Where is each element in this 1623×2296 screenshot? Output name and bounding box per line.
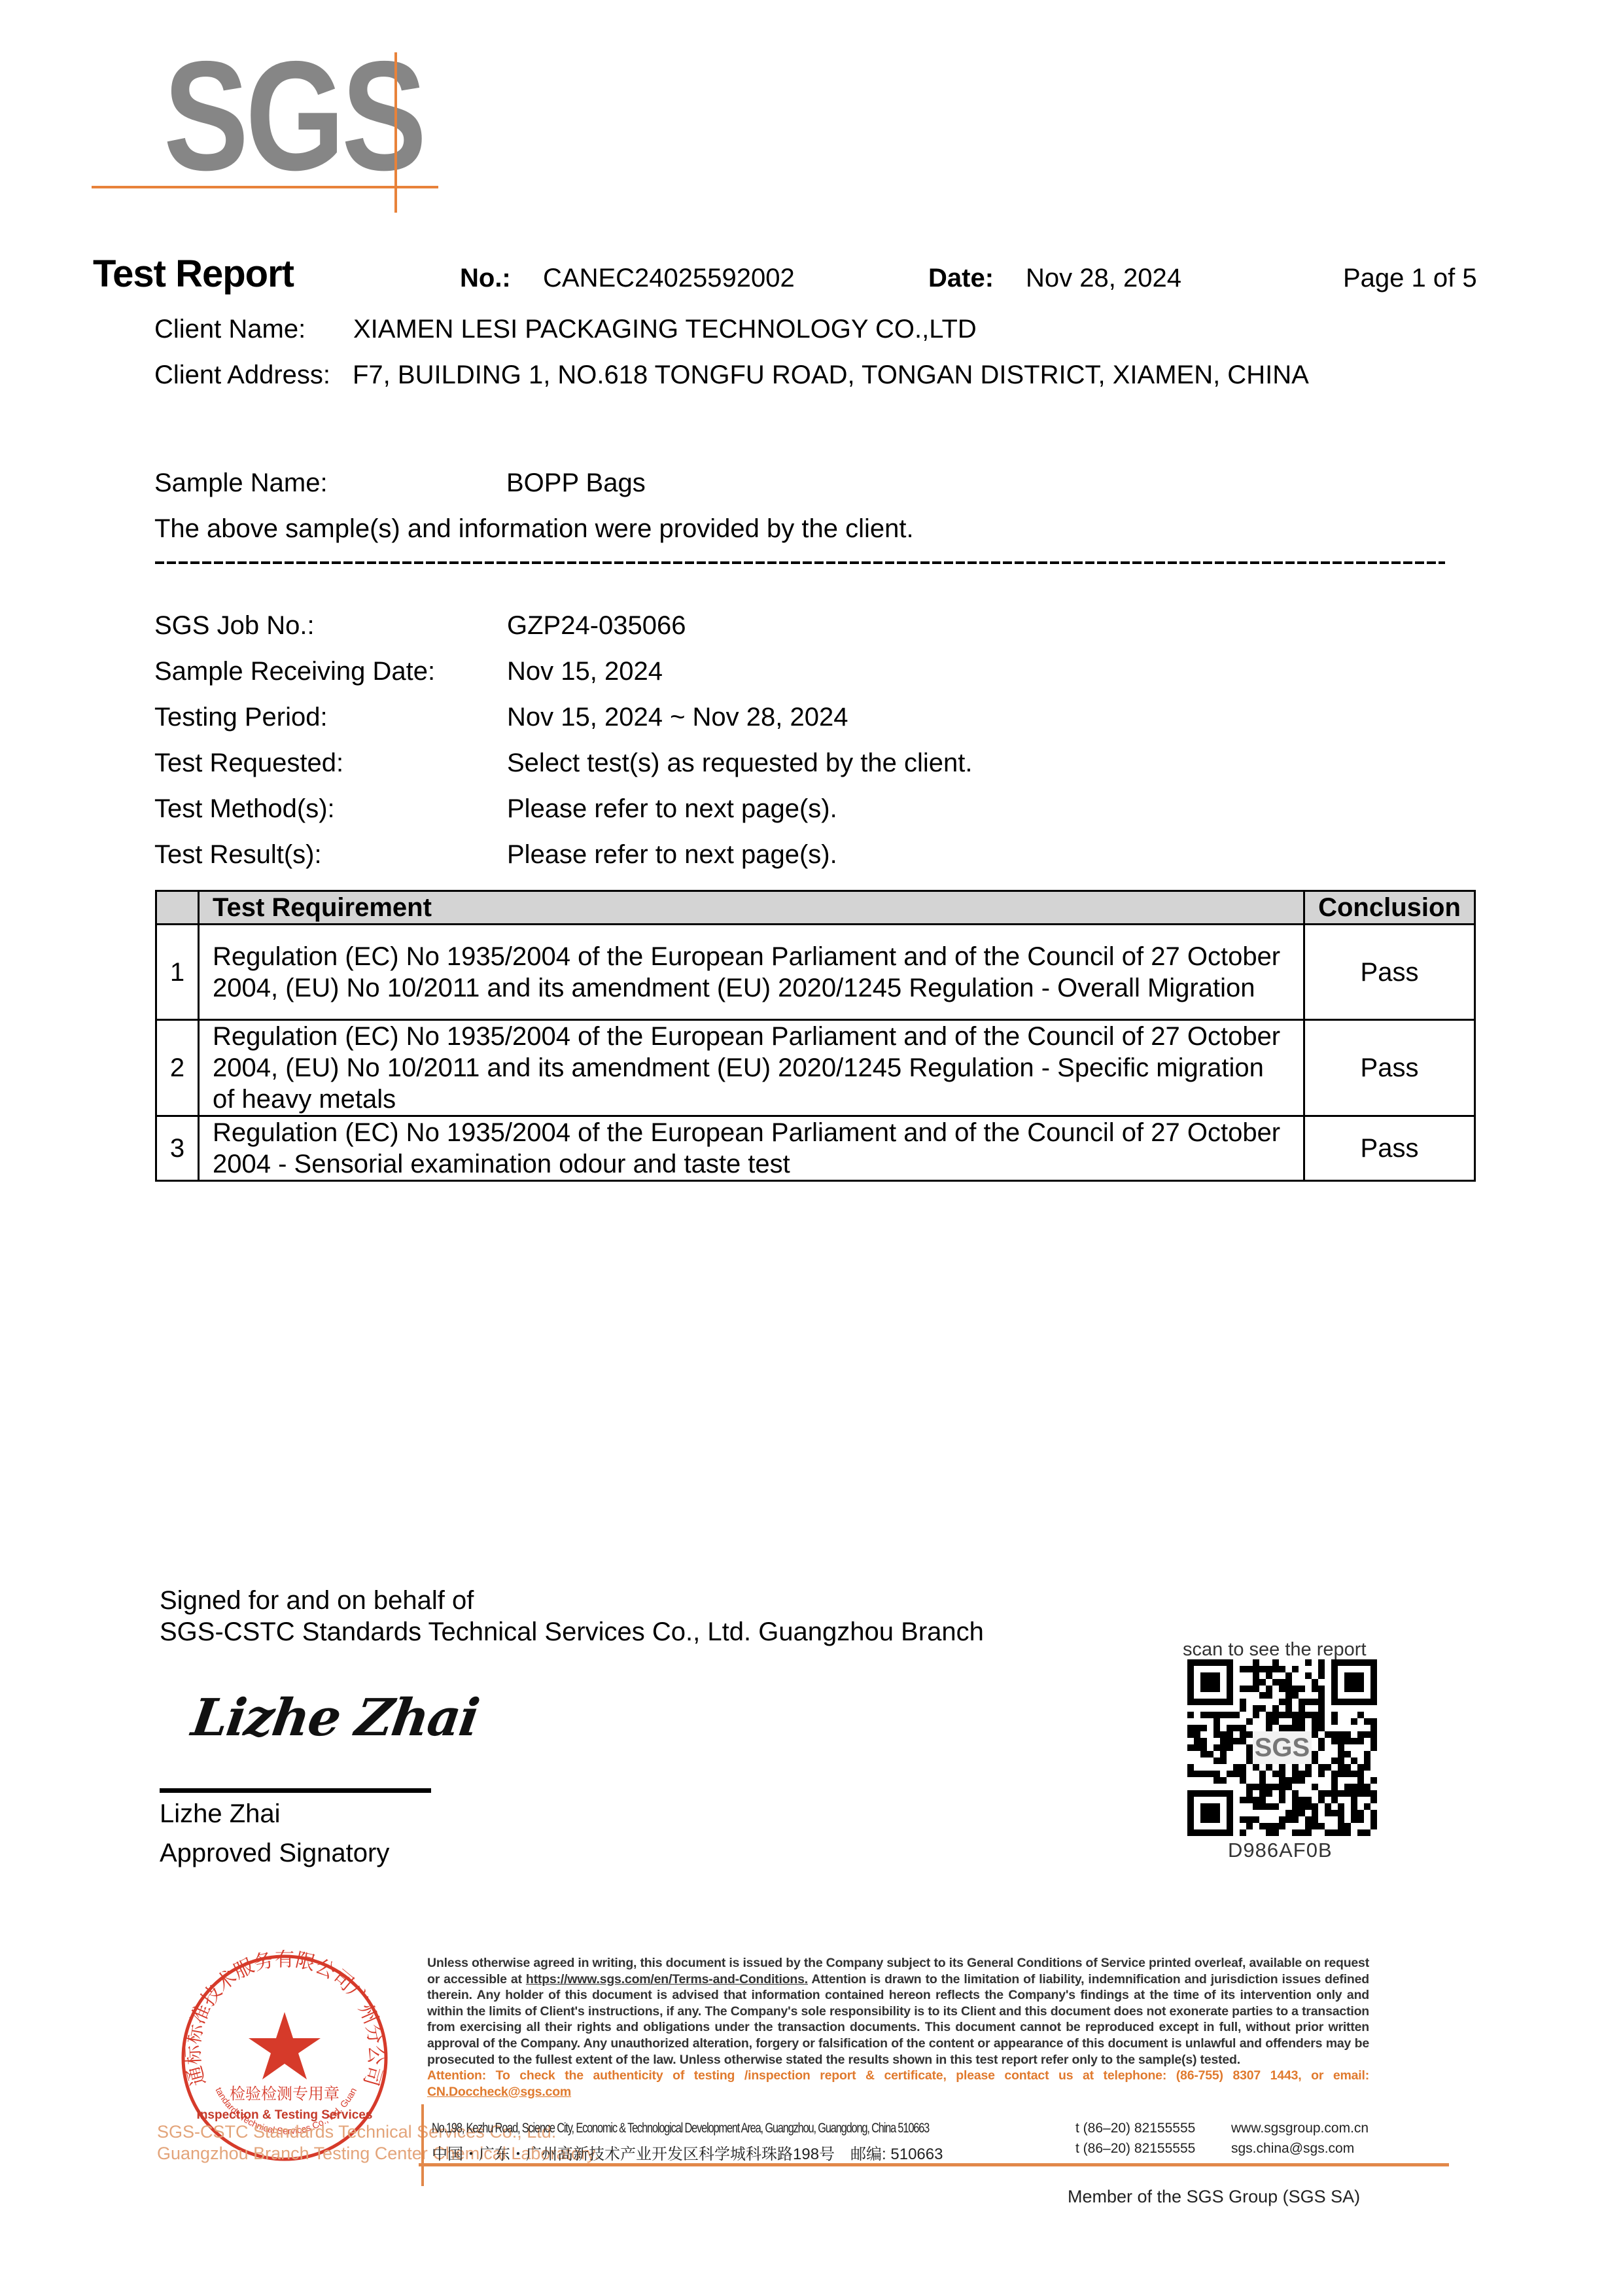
client-address-value: F7, BUILDING 1, NO.618 TONGFU ROAD, TONG…	[353, 361, 1309, 390]
signatory-title: Approved Signatory	[160, 1839, 389, 1868]
doccheck-email-link[interactable]: CN.Doccheck@sgs.com	[427, 2085, 571, 2099]
row-requirement: Regulation (EC) No 1935/2004 of the Euro…	[199, 1116, 1304, 1181]
website-link[interactable]: www.sgsgroup.com.cn	[1231, 2121, 1369, 2136]
row-conclusion: Pass	[1304, 1116, 1475, 1181]
job-info-value: Nov 15, 2024 ~ Nov 28, 2024	[507, 703, 848, 732]
address-cn: 中国・广东・广州高新技术产业开发区科学城科珠路198号 邮编: 510663	[432, 2141, 943, 2164]
footer-horizontal-rule	[419, 2163, 1449, 2166]
signoff-line2: SGS-CSTC Standards Technical Services Co…	[160, 1617, 984, 1647]
report-no-label: No.:	[460, 264, 511, 293]
job-info-value: Please refer to next page(s).	[507, 840, 837, 870]
job-info-value: GZP24-035066	[507, 611, 686, 641]
phone-1: t (86–20) 82155555	[1075, 2121, 1195, 2136]
results-table-header: Test Requirement Conclusion	[156, 891, 1475, 925]
job-info-label: SGS Job No.:	[154, 611, 315, 641]
terms-link[interactable]: https://www.sgs.com/en/Terms-and-Conditi…	[526, 1972, 808, 1987]
report-title: Test Report	[93, 252, 294, 296]
job-info-label: Test Result(s):	[154, 840, 322, 870]
client-address-label: Client Address:	[154, 361, 330, 390]
job-info-label: Testing Period:	[154, 703, 328, 732]
authenticity-notice: Attention: To check the authenticity of …	[427, 2068, 1369, 2100]
col-header-requirement: Test Requirement	[199, 891, 1304, 925]
qr-code-icon[interactable]: SGS	[1187, 1659, 1377, 1836]
qr-code-id: D986AF0B	[1228, 1839, 1333, 1862]
qr-caption: scan to see the report	[1183, 1639, 1367, 1661]
col-header-conclusion: Conclusion	[1304, 891, 1475, 925]
client-name-label: Client Name:	[154, 315, 305, 344]
svg-text:检验检测专用章: 检验检测专用章	[230, 2085, 340, 2103]
legal-disclaimer: Unless otherwise agreed in writing, this…	[427, 1955, 1369, 2100]
job-info-label: Sample Receiving Date:	[154, 657, 435, 686]
job-info-value: Nov 15, 2024	[507, 657, 663, 686]
address-en: No.198, Kezhu Road, Science City, Econom…	[432, 2121, 929, 2136]
client-name-value: XIAMEN LESI PACKAGING TECHNOLOGY CO.,LTD	[353, 315, 977, 344]
sample-note: The above sample(s) and information were…	[154, 514, 914, 544]
job-info-label: Test Method(s):	[154, 794, 335, 824]
table-row: 3 Regulation (EC) No 1935/2004 of the Eu…	[156, 1116, 1475, 1181]
signatory-name: Lizhe Zhai	[160, 1799, 281, 1829]
report-date-label: Date:	[928, 264, 994, 293]
table-row: 2 Regulation (EC) No 1935/2004 of the Eu…	[156, 1020, 1475, 1116]
job-info-value: Please refer to next page(s).	[507, 794, 837, 824]
handwritten-signature: Lizhe Zhai	[188, 1688, 482, 1748]
logo-horizontal-rule	[92, 186, 438, 188]
authenticity-text: Attention: To check the authenticity of …	[427, 2068, 1369, 2083]
report-date-value: Nov 28, 2024	[1026, 264, 1181, 293]
col-header-num	[156, 891, 199, 925]
results-table: Test Requirement Conclusion 1 Regulation…	[155, 890, 1476, 1182]
row-conclusion: Pass	[1304, 925, 1475, 1020]
svg-text:SGS: SGS	[1255, 1733, 1310, 1762]
row-number: 2	[156, 1020, 199, 1116]
sample-name-value: BOPP Bags	[506, 468, 646, 498]
signoff-line1: Signed for and on behalf of	[160, 1586, 474, 1616]
sample-name-label: Sample Name:	[154, 468, 328, 498]
email-link[interactable]: sgs.china@sgs.com	[1231, 2141, 1354, 2157]
row-number: 1	[156, 925, 199, 1020]
job-info-label: Test Requested:	[154, 749, 343, 778]
table-row: 1 Regulation (EC) No 1935/2004 of the Eu…	[156, 925, 1475, 1020]
sgs-logo: SGS	[92, 39, 445, 190]
dashed-divider	[155, 561, 1445, 564]
row-conclusion: Pass	[1304, 1020, 1475, 1116]
footer-vertical-rule	[421, 2104, 424, 2186]
job-info-value: Select test(s) as requested by the clien…	[507, 749, 972, 778]
member-statement: Member of the SGS Group (SGS SA)	[1068, 2187, 1360, 2207]
row-number: 3	[156, 1116, 199, 1181]
report-no-value: CANEC24025592002	[543, 264, 795, 293]
phone-2: t (86–20) 82155555	[1075, 2141, 1195, 2157]
svg-text:Inspection & Testing Services: Inspection & Testing Services	[197, 2108, 373, 2122]
sgs-logo-text: SGS	[164, 44, 423, 188]
row-requirement: Regulation (EC) No 1935/2004 of the Euro…	[199, 1020, 1304, 1116]
logo-vertical-rule	[394, 52, 397, 213]
page-indicator: Page 1 of 5	[1343, 264, 1477, 293]
row-requirement: Regulation (EC) No 1935/2004 of the Euro…	[199, 925, 1304, 1020]
signature-line	[160, 1788, 431, 1793]
